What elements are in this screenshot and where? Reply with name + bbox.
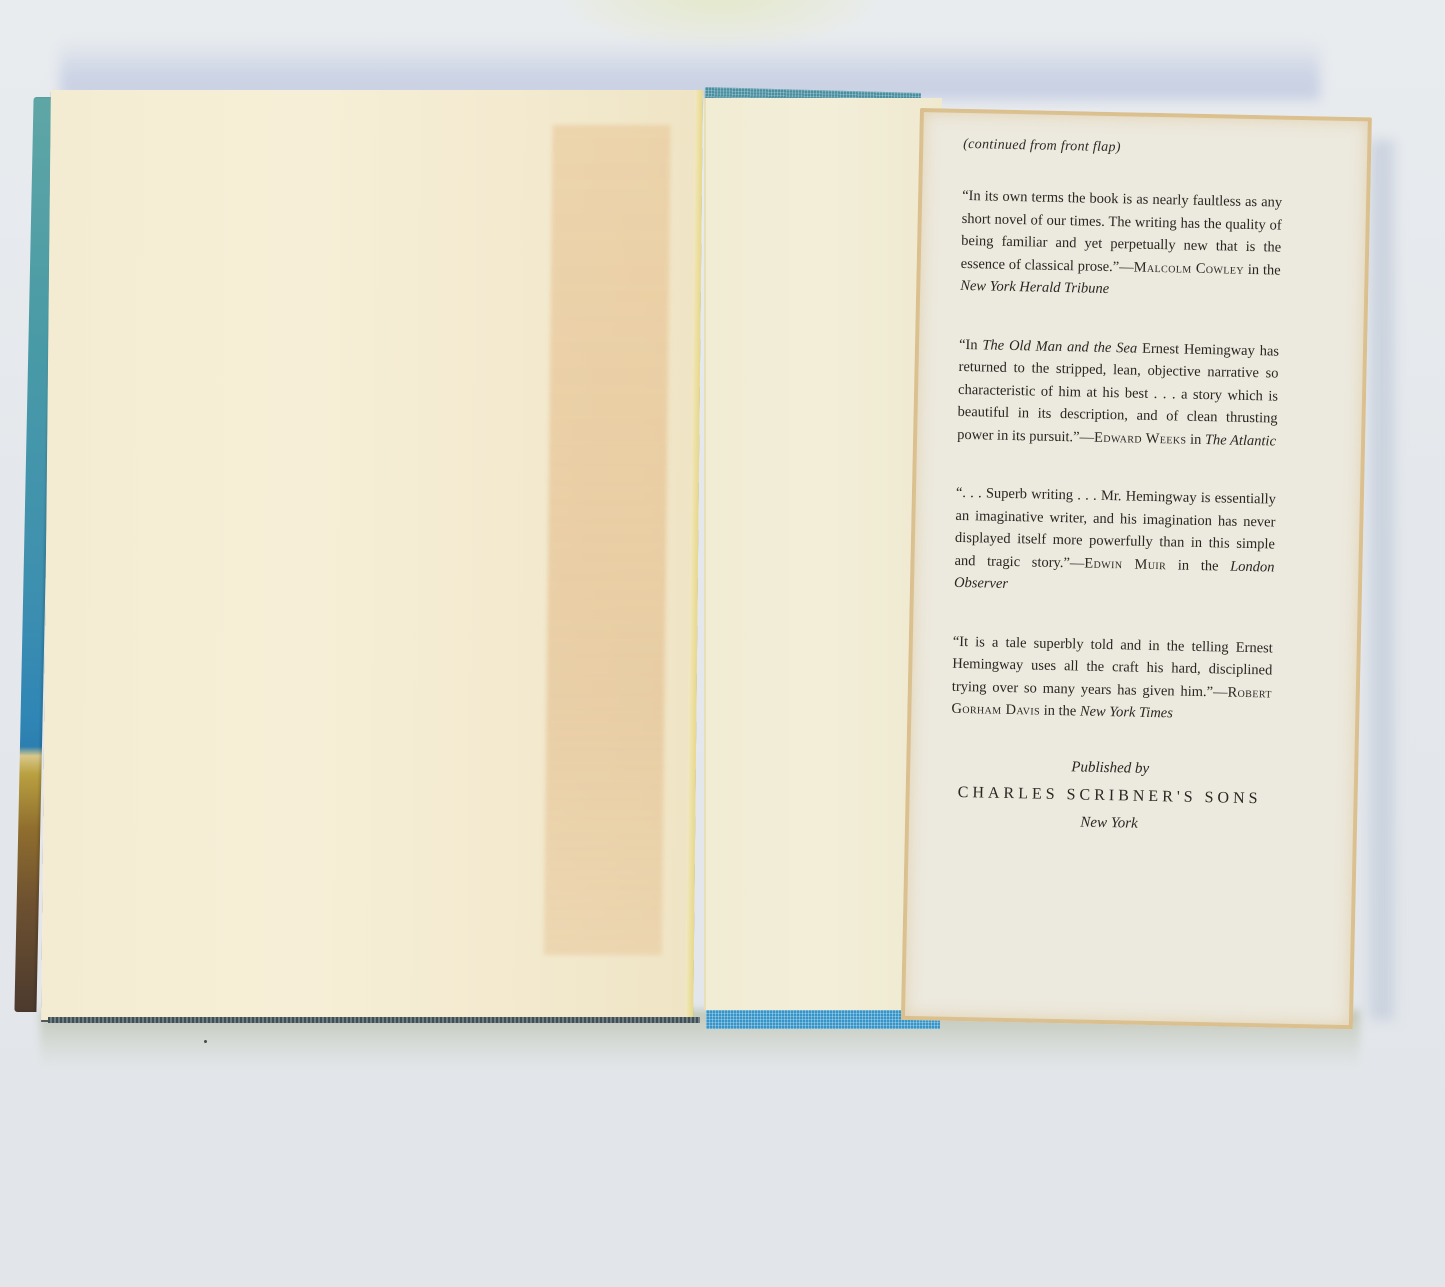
- quote-source: New York Herald Tribune: [960, 278, 1109, 297]
- quote-connector: in the: [1040, 703, 1080, 720]
- quote-author: Edward Weeks: [1094, 429, 1187, 447]
- dust-speck: [204, 1040, 207, 1043]
- left-endpaper: [41, 90, 703, 1020]
- dust-jacket-back-flap: (continued from front flap) “In its own …: [901, 108, 1372, 1029]
- front-board-cloth-edge: [48, 1017, 700, 1023]
- quote-source: The Atlantic: [1205, 432, 1276, 449]
- review-quote-3: “. . . Superb writing . . . Mr. Hemingwa…: [954, 482, 1276, 601]
- quote-connector: in the: [1244, 261, 1281, 278]
- flap-content: (continued from front flap) “In its own …: [949, 137, 1283, 835]
- quote-text: “It is a tale superbly told and in the t…: [952, 633, 1273, 700]
- quote-author: Edwin Muir: [1084, 555, 1166, 573]
- review-quote-1: “In its own terms the book is as nearly …: [960, 185, 1282, 304]
- review-quote-4: “It is a tale superbly told and in the t…: [951, 630, 1273, 727]
- publisher-block: Published by CHARLES SCRIBNER'S SONS New…: [949, 756, 1270, 835]
- publisher-name: CHARLES SCRIBNER'S SONS: [949, 783, 1269, 808]
- quote-connector: in: [1186, 431, 1205, 447]
- tape-stain: [544, 125, 671, 955]
- quote-lead: “In: [959, 336, 983, 352]
- book-shadow-right: [1370, 140, 1394, 1020]
- book-title: The Old Man and the Sea: [982, 337, 1137, 356]
- review-quote-2: “In The Old Man and the Sea Ernest Hemin…: [957, 333, 1279, 452]
- quote-author: Malcolm Cowley: [1134, 259, 1245, 277]
- quote-source: New York Times: [1080, 703, 1173, 721]
- page-gutter: [685, 90, 703, 1020]
- quote-connector: in the: [1166, 557, 1230, 574]
- publisher-city: New York: [949, 811, 1269, 835]
- flap-header: (continued from front flap): [963, 137, 1283, 160]
- published-by-label: Published by: [950, 756, 1270, 780]
